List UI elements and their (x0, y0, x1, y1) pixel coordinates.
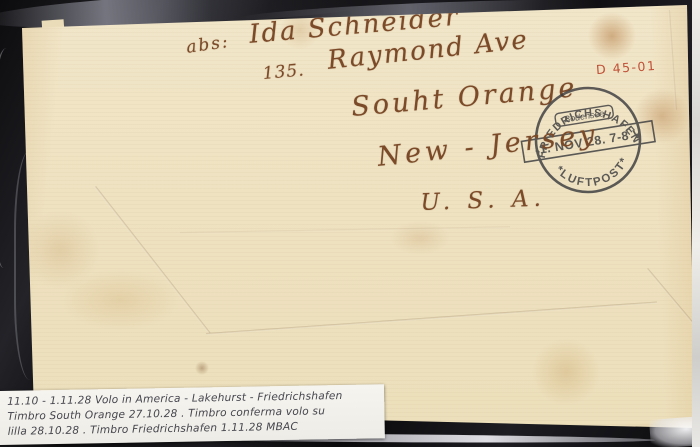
flap-crease (94, 186, 210, 334)
dealer-note-label: 11.10 - 1.11.28 Volo in America - Lakehu… (0, 384, 385, 445)
cover-photo: FRIEDRICHSHAFEN Bodensee -1. NOV 28. 7-8… (0, 0, 700, 447)
envelope-back: FRIEDRICHSHAFEN Bodensee -1. NOV 28. 7-8… (0, 0, 700, 447)
sleeve-glare (0, 48, 21, 268)
postmark-service-text: *LUFTPOST* (552, 153, 635, 195)
sender-prefix-handwriting: abs: (185, 32, 231, 58)
flap-crease (668, 10, 677, 110)
house-number-handwriting: 135. (262, 60, 305, 84)
flap-crease (206, 301, 657, 335)
svg-text:*LUFTPOST*: *LUFTPOST* (552, 153, 635, 195)
sleeve-edge-right (692, 0, 700, 447)
flap-crease (180, 226, 510, 234)
